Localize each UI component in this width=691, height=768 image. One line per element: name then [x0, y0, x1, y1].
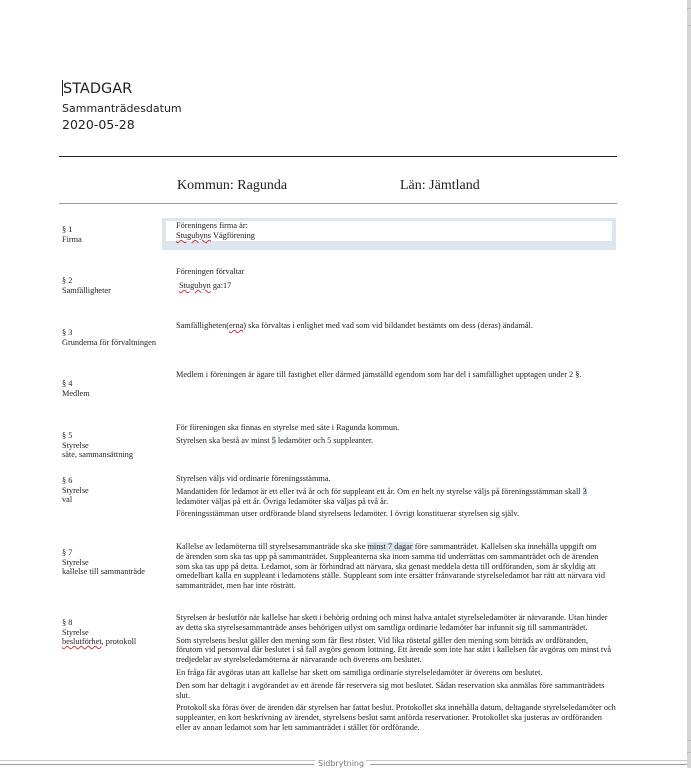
section-2-body[interactable]: Föreningen förvaltar Stugubyn ga:17 [176, 267, 616, 294]
board-members-count[interactable]: 5 [272, 436, 276, 445]
section-8-label: § 8 Styrelse beslutförhet, protokoll [62, 618, 136, 647]
one-year-members-count[interactable]: 3 [583, 487, 587, 496]
section-6-body[interactable]: Styrelsen väljs vid ordinarie föreningss… [176, 474, 616, 522]
samfallighet-name: Stugubyn ga:17 [176, 281, 616, 291]
spellcheck-mark: Stugubyns [176, 231, 211, 240]
section-5-label: § 5 Styrelse säte, sammansättning [62, 431, 133, 460]
section-1-label: § 1 Firma [62, 225, 82, 244]
notice-period[interactable]: minst 7 dagar [367, 542, 412, 551]
section-3-body[interactable]: Samfälligheten(erna) ska förvaltas i enl… [176, 321, 616, 334]
section-5-body[interactable]: För föreningen ska finnas en styrelse me… [176, 423, 616, 449]
meeting-date-label: Sammanträdesdatum [62, 102, 182, 115]
section-3-text: Samfälligheten(erna) ska förvaltas i enl… [176, 321, 616, 331]
firma-field-inner[interactable]: Föreningens firma är: Stugubyns Vägfören… [166, 221, 612, 241]
kommun-field: Kommun: Ragunda [177, 178, 287, 194]
section-divider [59, 203, 617, 204]
vertical-scrollbar[interactable] [687, 0, 691, 768]
section-5-board-size: Styrelsen ska bestå av minst 5 ledamöter… [176, 436, 616, 446]
section-7-body[interactable]: Kallelse av ledamöterna till styrelsesam… [176, 542, 606, 594]
section-4-label: § 4 Medlem [62, 379, 90, 398]
page-break: Sidbrytning [0, 762, 687, 768]
section-6-label: § 6 Styrelse val [62, 476, 89, 505]
firma-content-control[interactable]: Föreningens firma är: Stugubyns Vägfören… [162, 218, 616, 250]
section-3-label: § 3 Grunderna för förvaltningen [62, 328, 156, 347]
firma-name: Stugubyns Vägförening [176, 231, 616, 241]
spellcheck-mark: beslutförhet [62, 637, 102, 646]
section-7-label: § 7 Styrelse kallelse till sammanträde [62, 548, 145, 577]
section-6-mandate: Mandattiden för ledamot är ett eller två… [176, 487, 616, 507]
header-divider [59, 156, 617, 157]
section-4-body[interactable]: Medlem i föreningen är ägare till fastig… [176, 370, 596, 383]
section-2-label: § 2 Samfälligheter [62, 276, 111, 295]
lan-field: Län: Jämtland [400, 178, 480, 194]
section-1-text: Föreningens firma är: [176, 221, 616, 231]
document-page[interactable]: STADGAR Sammanträdesdatum 2020-05-28 Kom… [0, 0, 686, 760]
section-8-body[interactable]: Styrelsen är beslutför när kallelse har … [176, 613, 616, 736]
document-title[interactable]: STADGAR [62, 80, 132, 97]
meeting-date: 2020-05-28 [62, 117, 135, 132]
section-7-text: Kallelse av ledamöterna till styrelsesam… [176, 542, 606, 591]
page-break-label: Sidbrytning [316, 759, 366, 768]
